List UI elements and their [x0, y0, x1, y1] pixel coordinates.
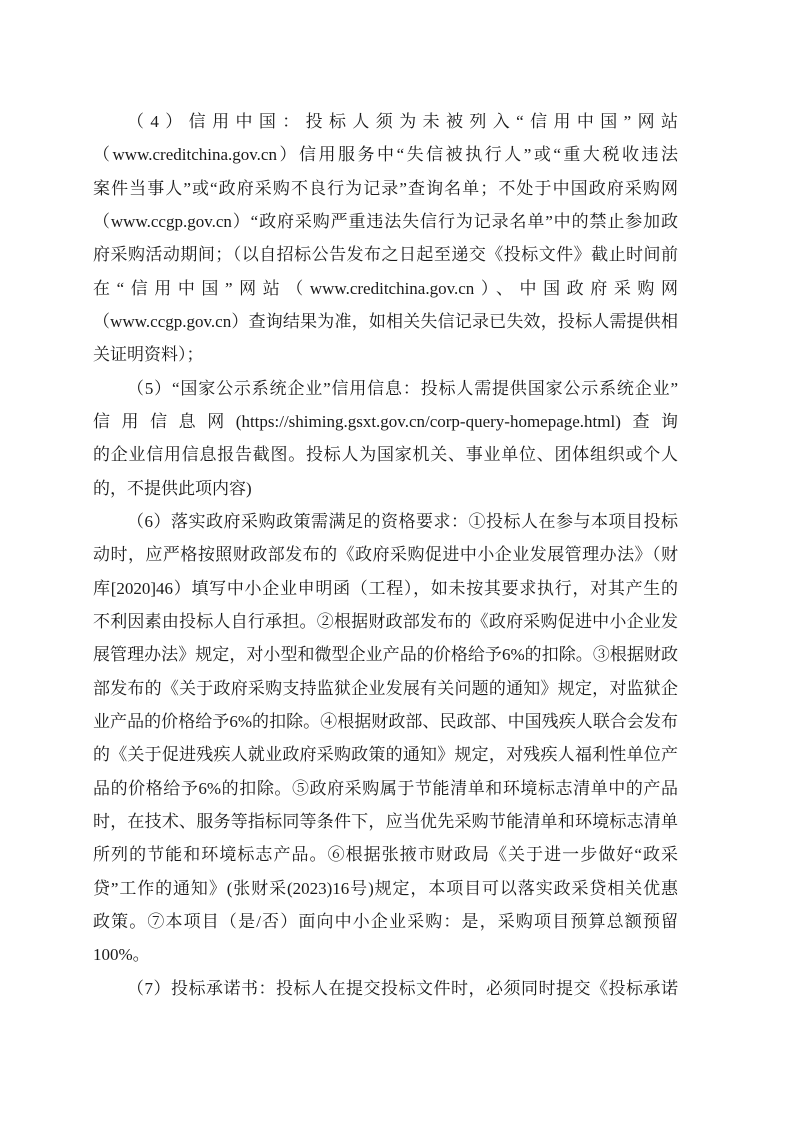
document-page: （4）信用中国：投标人须为未被列入“信用中国”网站（www.creditchin… — [0, 0, 794, 1123]
text-line: （www.ccgp.gov.cn）“政府采购严重违法失信行为记录名单”中的禁止参… — [93, 205, 678, 238]
document-text-block: （4）信用中国：投标人须为未被列入“信用中国”网站（www.creditchin… — [93, 105, 678, 1005]
text-line: 贷”工作的通知》(张财采(2023)16号)规定，本项目可以落实政采贷相关优惠 — [93, 872, 678, 905]
text-line: 100%。 — [93, 938, 678, 971]
text-line: （www.ccgp.gov.cn）查询结果为准，如相关失信记录已失效，投标人需提… — [93, 305, 678, 338]
text-line: 时，在技术、服务等指标同等条件下，应当优先采购节能清单和环境标志清单 — [93, 805, 678, 838]
text-line: （7）投标承诺书：投标人在提交投标文件时，必须同时提交《投标承诺 — [93, 972, 678, 1005]
text-line: 的企业信用信息报告截图。投标人为国家机关、事业单位、团体组织或个人 — [93, 438, 678, 471]
paragraph-item-6: （6）落实政府采购政策需满足的资格要求：①投标人在参与本项目投标活动时，应严格按… — [93, 505, 678, 972]
text-line: （6）落实政府采购政策需满足的资格要求：①投标人在参与本项目投标活 — [93, 505, 678, 538]
text-line: 在“信用中国”网站（www.creditchina.gov.cn）、中国政府采购… — [93, 272, 678, 305]
paragraph-item-5: （5）“国家公示系统企业”信用信息：投标人需提供国家公示系统企业”信用信息网(h… — [93, 372, 678, 505]
text-line: （5）“国家公示系统企业”信用信息：投标人需提供国家公示系统企业” — [93, 372, 678, 405]
text-line: 不利因素由投标人自行承担。②根据财政部发布的《政府采购促进中小企业发 — [93, 605, 678, 638]
text-line: （4）信用中国：投标人须为未被列入“信用中国”网站 — [93, 105, 678, 138]
text-line: 动时，应严格按照财政部发布的《政府采购促进中小企业发展管理办法》（财 — [93, 538, 678, 571]
text-line: 库[2020]46）填写中小企业申明函（工程），如未按其要求执行，对其产生的 — [93, 572, 678, 605]
text-line: 展管理办法》规定，对小型和微型企业产品的价格给予6%的扣除。③根据财政 — [93, 638, 678, 671]
text-line: 部发布的《关于政府采购支持监狱企业发展有关问题的通知》规定，对监狱企 — [93, 672, 678, 705]
text-line: （www.creditchina.gov.cn）信用服务中“失信被执行人”或“重… — [93, 138, 678, 171]
text-line: 关证明资料）； — [93, 338, 678, 371]
text-line: 案件当事人”或“政府采购不良行为记录”查询名单；不处于中国政府采购网 — [93, 172, 678, 205]
text-line: 信用信息网(https://shiming.gsxt.gov.cn/corp-q… — [93, 405, 678, 438]
text-line: 的《关于促进残疾人就业政府采购政策的通知》规定，对残疾人福利性单位产 — [93, 738, 678, 771]
text-line: 所列的节能和环境标志产品。⑥根据张掖市财政局《关于进一步做好“政采 — [93, 838, 678, 871]
text-line: 的，不提供此项内容) — [93, 472, 678, 505]
paragraph-item-7: （7）投标承诺书：投标人在提交投标文件时，必须同时提交《投标承诺 — [93, 972, 678, 1005]
text-line: 政策。⑦本项目（是/否）面向中小企业采购：是，采购项目预算总额预留 — [93, 905, 678, 938]
text-line: 府采购活动期间；（以自招标公告发布之日起至递交《投标文件》截止时间前 — [93, 238, 678, 271]
paragraph-item-4: （4）信用中国：投标人须为未被列入“信用中国”网站（www.creditchin… — [93, 105, 678, 372]
text-line: 业产品的价格给予6%的扣除。④根据财政部、民政部、中国残疾人联合会发布 — [93, 705, 678, 738]
text-line: 品的价格给予6%的扣除。⑤政府采购属于节能清单和环境标志清单中的产品 — [93, 772, 678, 805]
